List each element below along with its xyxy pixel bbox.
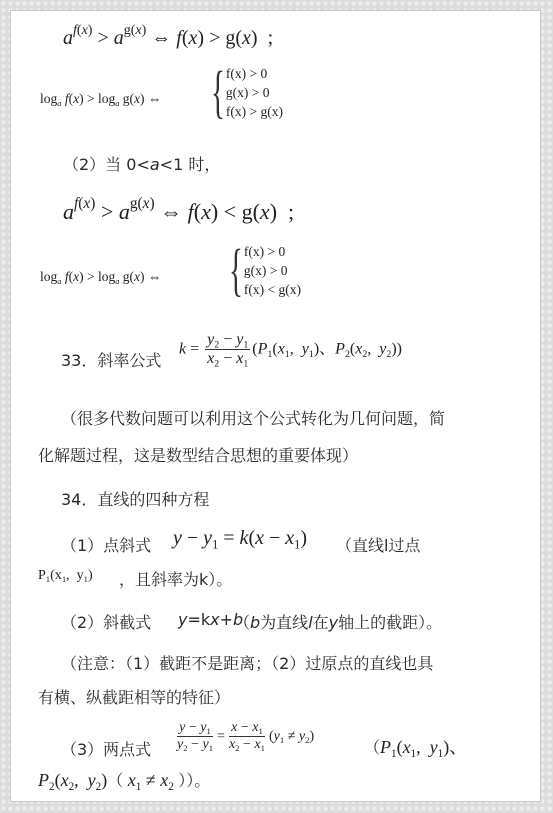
case-3: f(x) < g(x) xyxy=(244,280,301,299)
exp-rule-a-gt-1: af(x) > ag(x) ⇔ f(x) > g(x) ; xyxy=(63,27,273,50)
item-33-label: 33．斜率公式 xyxy=(61,348,161,371)
case-1: f(x) > 0 xyxy=(226,64,283,83)
case-2: g(x) > 0 xyxy=(226,83,283,102)
point-slope-formula: y − y1 = k(x − x1) xyxy=(173,527,307,550)
item-34-label: 34．直线的四种方程 xyxy=(61,487,209,510)
case-1: f(x) > 0 xyxy=(244,242,301,261)
case-3: f(x) > g(x) xyxy=(226,102,283,121)
log-rule-a-lt-1-cases: { f(x) > 0 g(x) > 0 f(x) < g(x) xyxy=(222,241,301,299)
two-point-label: （3）两点式 xyxy=(61,737,151,760)
case-2: g(x) > 0 xyxy=(244,261,301,280)
log-rule-a-gt-1-lhs: loga f(x) > loga g(x) ⇔ xyxy=(40,91,161,107)
point-slope-point: P1(x1, y1) xyxy=(38,568,93,584)
caution-line-2: 有横、纵截距相等的特征） xyxy=(38,685,230,708)
heading-suffix: <1 时， xyxy=(160,155,221,174)
item-33-note-line-1: （很多代数问题可以利用这个公式转化为几何问题，简 xyxy=(61,406,445,429)
exp-rule-a-lt-1: af(x) > ag(x) ⇔ f(x) < g(x) ; xyxy=(63,199,294,225)
two-point-points-a: （P1(x1, y1)、 xyxy=(364,733,467,759)
slope-intercept-label: （2）斜截式 xyxy=(61,610,151,633)
item-33-note-line-2: 化解题过程，这是数型结合思想的重要体现） xyxy=(38,443,358,466)
heading-prefix: （2）当 0< xyxy=(63,155,150,174)
point-slope-label: （1）点斜式 xyxy=(61,533,151,556)
log-rule-a-gt-1-cases: { f(x) > 0 g(x) > 0 f(x) > g(x) xyxy=(204,63,283,121)
section-2-heading: （2）当 0<a<1 时， xyxy=(63,152,220,175)
heading-var-a: a xyxy=(150,155,160,174)
two-point-formula: y − y1y2 − y1=x − x1x2 − x1(y1 ≠ y2) xyxy=(173,720,314,753)
document-page: af(x) > ag(x) ⇔ f(x) > g(x) ; loga f(x) … xyxy=(10,10,541,802)
log-rule-a-lt-1-lhs: loga f(x) > loga g(x) ⇔ xyxy=(40,269,161,285)
slope-intercept-note: （b为直线l在y轴上的截距）。 xyxy=(234,610,442,633)
two-point-points-b: P2(x2, y2)（ x1 ≠ x2 ））。 xyxy=(38,768,210,791)
caution-line-1: （注意：（1）截距不是距离；（2）过原点的直线也具 xyxy=(61,651,433,674)
point-slope-note-a: （直线l过点 xyxy=(336,533,420,556)
point-slope-note-b: ，且斜率为k）。 xyxy=(119,567,232,590)
slope-formula: k = y2 − y1x2 − x1(P1(x1, y1)、P2(x2, y2)… xyxy=(179,331,402,369)
